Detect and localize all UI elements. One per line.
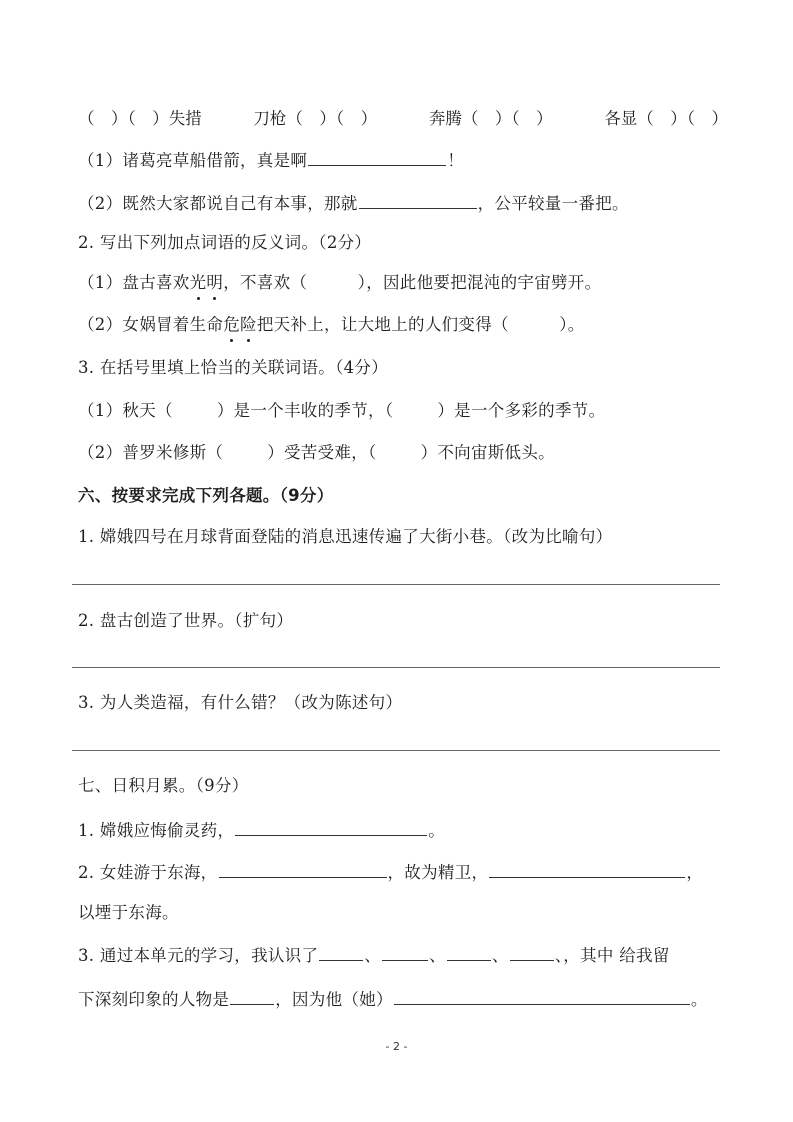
idiom-sentence-1: （1）诸葛亮草船借箭，真是啊！ — [78, 148, 464, 172]
section-6-q2: 2. 盘古创造了世界。（扩句） — [78, 610, 293, 632]
answer-blank[interactable] — [359, 191, 477, 209]
idiom-item: 刀枪（ ）（ ） — [253, 108, 377, 130]
answer-gap[interactable] — [509, 315, 559, 334]
q2-item-2: （2）女娲冒着生命危险把天补上，让大地上的人们变得（ ）。 — [78, 314, 585, 336]
section-7-title: 七、日积月累。（9分） — [78, 775, 249, 797]
answer-blank[interactable] — [319, 943, 363, 961]
answer-line[interactable] — [72, 750, 720, 751]
dotted-word: 光明 — [190, 273, 224, 292]
q2-title: 2. 写出下列加点词语的反义词。（2分） — [78, 232, 371, 254]
q3-title: 3. 在括号里填上恰当的关联词语。（4分） — [78, 357, 388, 379]
q2-item-1: （1）盘古喜欢光明，不喜欢（ ），因此他要把混沌的宇宙劈开。 — [78, 272, 601, 294]
section-6-q1: 1. 嫦娥四号在月球背面登陆的消息迅速传遍了大街小巷。（改为比喻句） — [78, 526, 612, 548]
section-6-q3: 3. 为人类造福，有什么错？（改为陈述句） — [78, 692, 402, 714]
answer-line[interactable] — [72, 584, 720, 585]
answer-blank[interactable] — [308, 148, 446, 166]
answer-blank[interactable] — [489, 860, 685, 878]
idiom-sentence-2: （2）既然大家都说自己有本事，那就，公平较量一番把。 — [78, 191, 629, 215]
answer-blank[interactable] — [447, 943, 491, 961]
section-7-q3-line2: 下深刻印象的人物是，因为他（她）。 — [78, 987, 708, 1011]
answer-line[interactable] — [72, 667, 720, 668]
dotted-word: 危险 — [223, 315, 257, 334]
answer-blank[interactable] — [382, 943, 428, 961]
answer-blank[interactable] — [235, 818, 427, 836]
q3-item-1: （1）秋天（）是一个丰收的季节，（）是一个多彩的季节。 — [78, 400, 605, 422]
answer-blank[interactable] — [394, 987, 690, 1005]
answer-blank[interactable] — [230, 987, 274, 1005]
section-7-q3-line1: 3. 通过本单元的学习，我认识了、、、、，其中 给我留 — [78, 943, 670, 967]
section-7-q2: 2. 女娃游于东海，，故为精卫，， — [78, 860, 703, 884]
q3-item-2: （2）普罗米修斯（）受苦受难，（）不向宙斯低头。 — [78, 442, 555, 464]
page-number: - 2 - — [0, 1040, 793, 1053]
idiom-item: （ ）（ ）失措 — [78, 108, 202, 130]
answer-blank[interactable] — [510, 943, 554, 961]
idiom-item: 奔腾（ ）（ ） — [429, 108, 553, 130]
section-7-q2-continued: 以堙于东海。 — [78, 902, 179, 924]
section-6-title: 六、按要求完成下列各题。（9分） — [78, 485, 334, 507]
section-7-q1: 1. 嫦娥应悔偷灵药，。 — [78, 818, 445, 842]
answer-gap[interactable] — [307, 273, 357, 292]
idiom-fill-row: （ ）（ ）失措 刀枪（ ）（ ） 奔腾（ ）（ ） 各显（ ）（ ） — [78, 108, 728, 130]
answer-blank[interactable] — [219, 860, 387, 878]
idiom-item: 各显（ ）（ ） — [604, 108, 728, 130]
